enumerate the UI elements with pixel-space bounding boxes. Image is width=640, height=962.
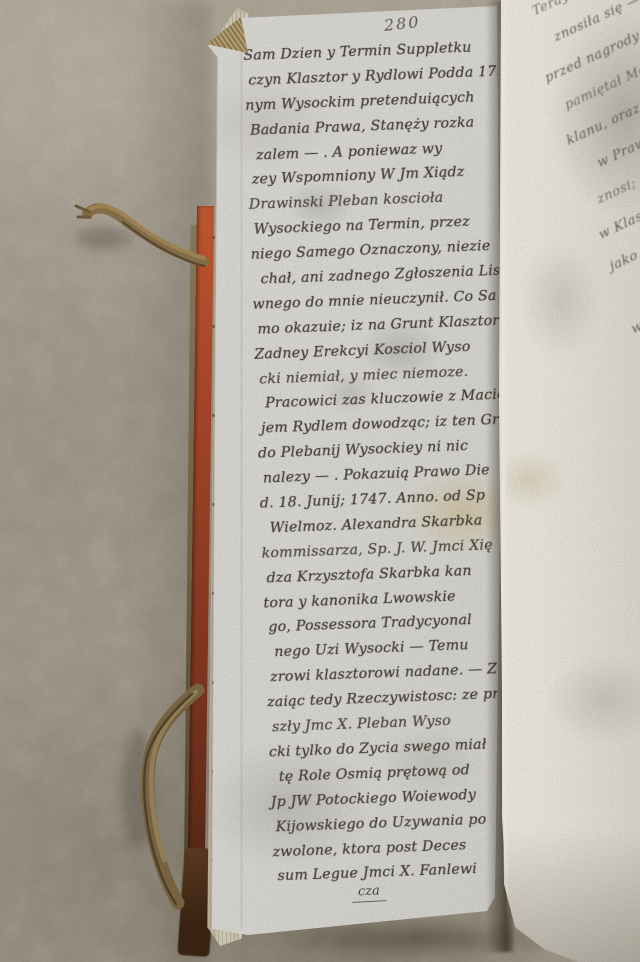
- catchword: cza: [352, 883, 387, 903]
- right-page-edge: [502, 0, 509, 928]
- margin-crease: [241, 26, 242, 928]
- right-page-text: ray de Urzęnikiey ChroTeray Udarowanizno…: [497, 0, 640, 879]
- page-number: 280: [383, 12, 421, 36]
- manuscript-photo: 280 Sam Dzien y Termin Suppletkuczyn Kla…: [0, 0, 640, 962]
